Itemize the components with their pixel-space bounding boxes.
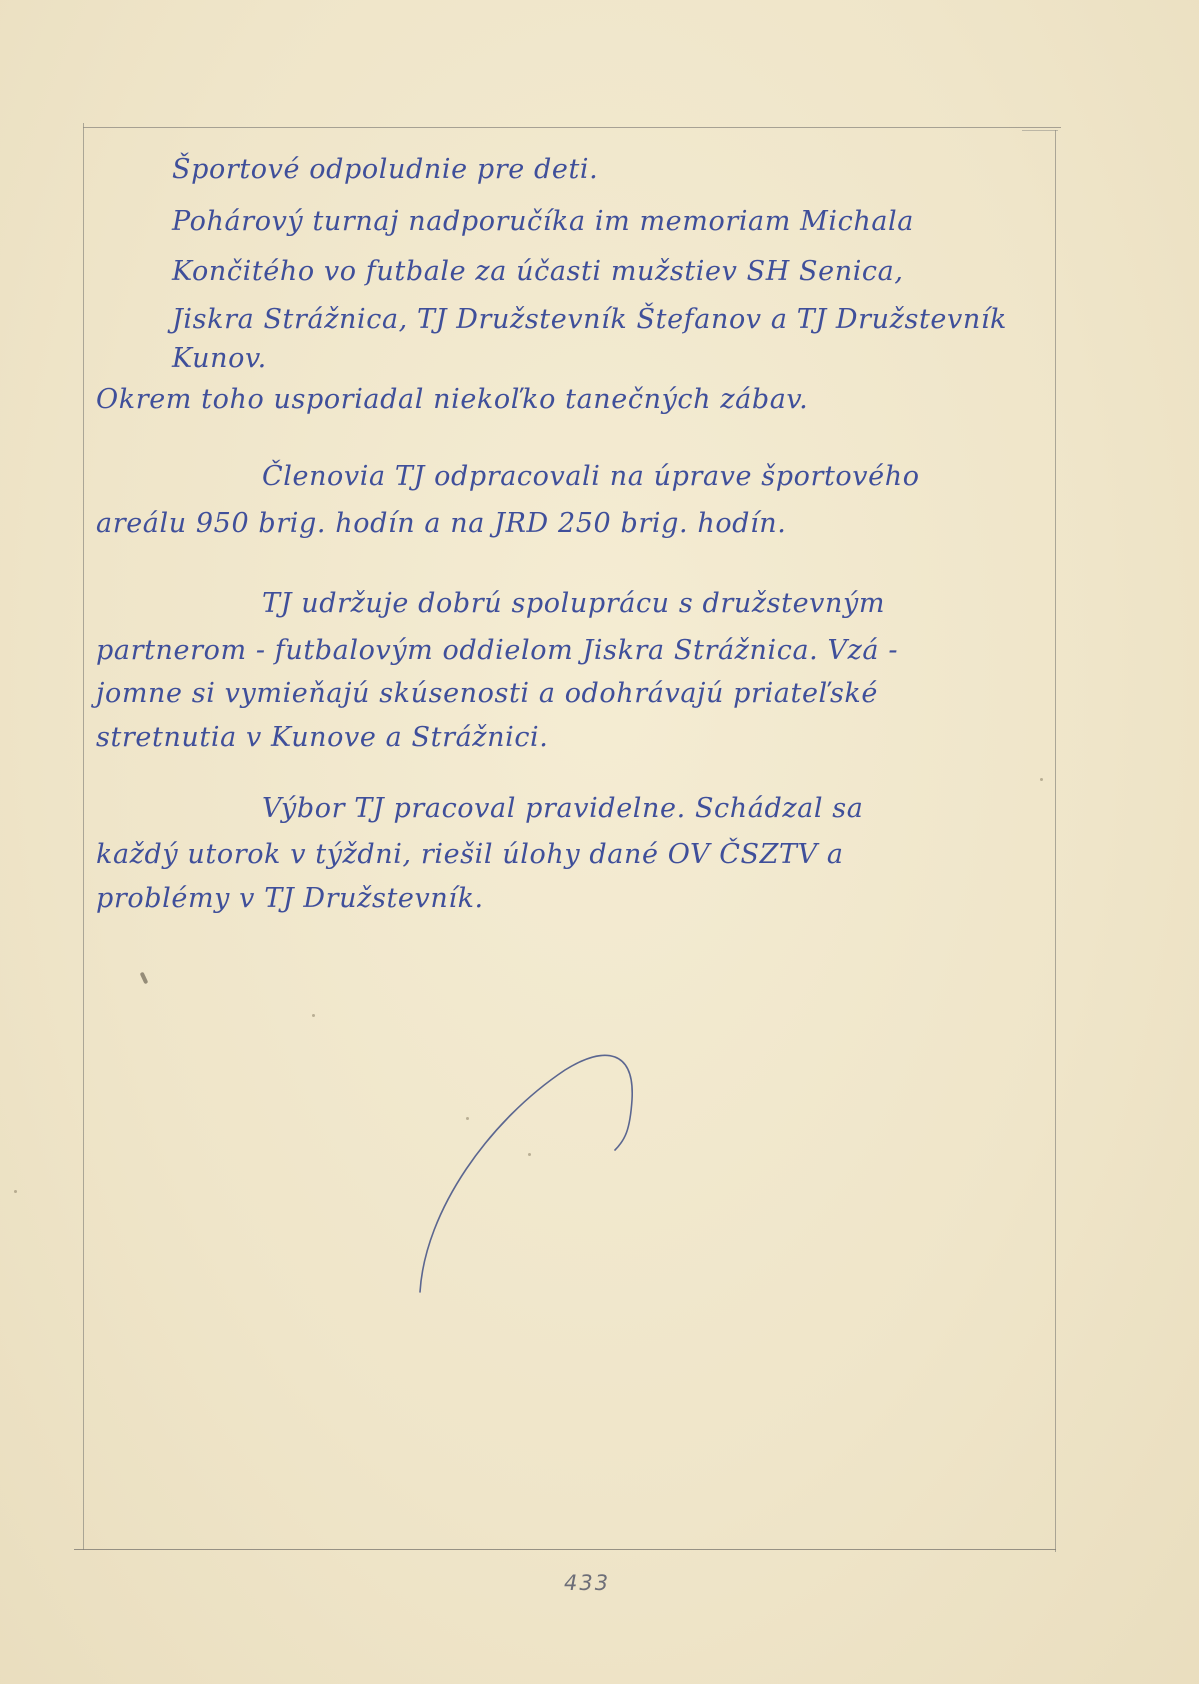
paper-speck	[466, 1117, 469, 1120]
text-line: Športové odpoludnie pre deti.	[172, 153, 598, 187]
paper-speck	[312, 1014, 315, 1017]
frame-top-rule	[83, 127, 1061, 128]
paragraph-start-line: TJ udržuje dobrú spoluprácu s družstevný…	[262, 587, 885, 621]
text-line: areálu 950 brig. hodín a na JRD 250 brig…	[96, 507, 786, 541]
frame-right-rule	[1055, 130, 1056, 1552]
paper-speck	[1040, 778, 1043, 781]
frame-bottom-rule	[74, 1549, 1056, 1550]
paragraph-start-line: Členovia TJ odpracovali na úprave športo…	[262, 460, 920, 494]
text-line: každý utorok v týždni, riešil úlohy dané…	[96, 838, 844, 872]
paper-speck	[528, 1153, 531, 1156]
end-flourish-icon	[380, 1040, 660, 1310]
text-line: Jiskra Strážnica, TJ Družstevník Štefano…	[172, 303, 1007, 337]
text-line: jomne si vymieňajú skúsenosti a odohráva…	[96, 677, 878, 711]
text-line: Končitého vo futbale za účasti mužstiev …	[172, 255, 904, 289]
frame-left-rule	[83, 123, 84, 1550]
text-line: Okrem toho usporiadal niekoľko tanečných…	[96, 383, 808, 417]
text-line: Kunov.	[172, 342, 267, 376]
frame-top-corner-tick	[1022, 130, 1058, 131]
page-number: 433	[564, 1571, 610, 1595]
text-line: partnerom - futbalovým oddielom Jiskra S…	[96, 634, 898, 668]
paper-speck	[14, 1190, 17, 1193]
text-line: problémy v TJ Družstevník.	[96, 882, 484, 916]
text-line: stretnutia v Kunove a Strážnici.	[96, 721, 548, 755]
text-line: Pohárový turnaj nadporučíka im memoriam …	[172, 205, 914, 239]
paragraph-start-line: Výbor TJ pracoval pravidelne. Schádzal s…	[262, 792, 863, 826]
